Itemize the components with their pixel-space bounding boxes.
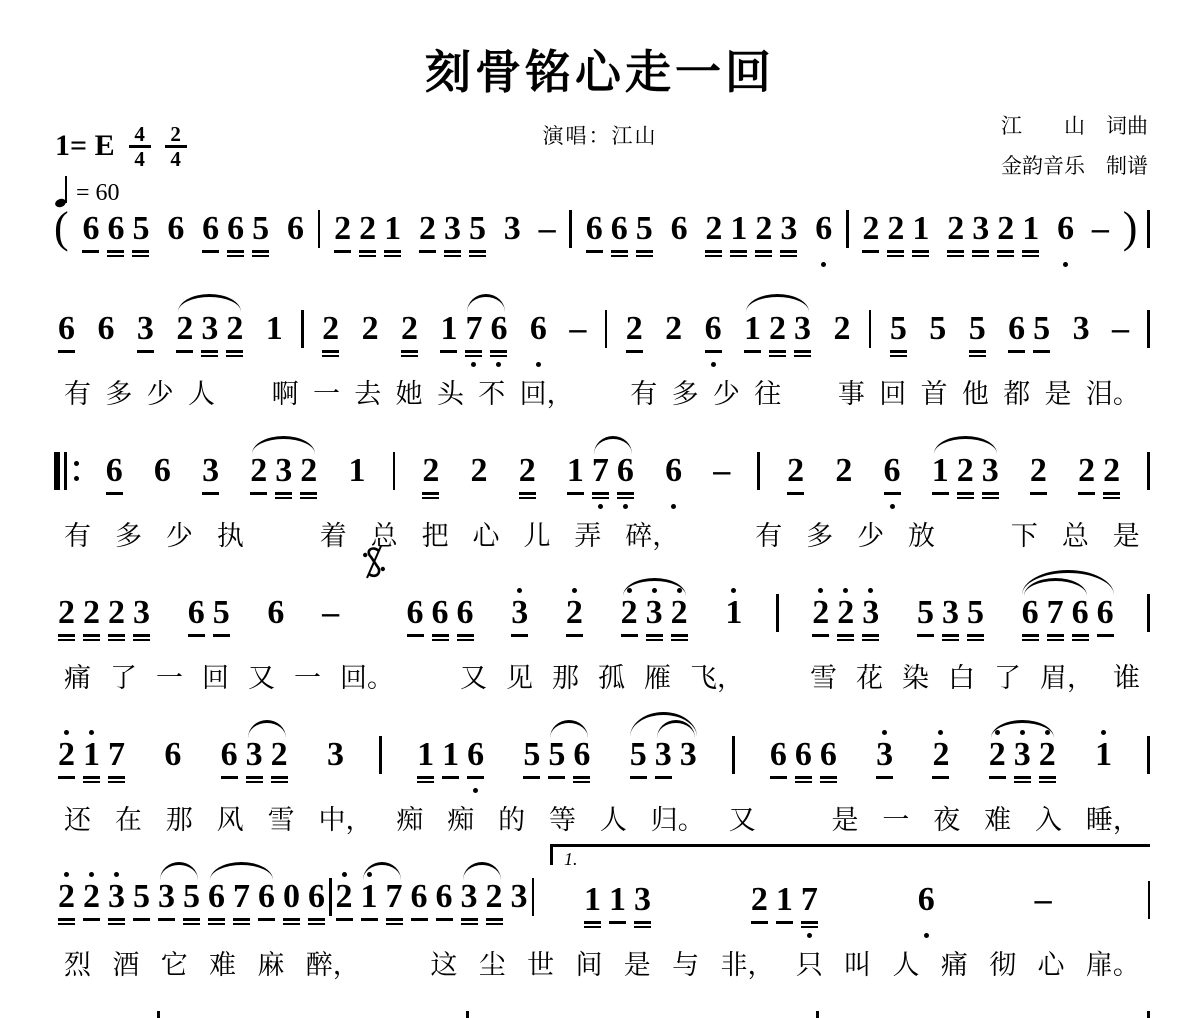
octave-dot-below-slot	[1022, 260, 1039, 269]
note-3: 3	[872, 728, 897, 795]
underline-slot	[611, 247, 628, 260]
lyric-syllable: 多	[672, 377, 699, 411]
note-digit: 2	[422, 453, 439, 489]
octave-dot	[623, 504, 628, 509]
octave-dot-below-slot	[362, 360, 379, 369]
note-digit: 6	[665, 453, 682, 489]
rhythm-underline	[997, 255, 1014, 258]
tick-mark	[157, 1011, 160, 1018]
note-1: 1	[1091, 728, 1116, 795]
rhythm-underline	[812, 634, 829, 637]
lyric-syllable: 去	[354, 377, 381, 411]
lyric-syllable: 了	[994, 661, 1021, 695]
beam-group: 535	[913, 586, 988, 653]
note-digit: 7	[465, 311, 482, 347]
note-digit: 6	[202, 211, 219, 247]
note-digit: 3	[876, 737, 893, 773]
note-3: 3	[104, 870, 129, 937]
key-meter-row: 1= E 4 4 2 4	[55, 124, 187, 169]
rhythm-underline	[621, 634, 638, 637]
octave-dot-below-slot	[626, 360, 643, 369]
note-digit: 2	[1039, 737, 1056, 773]
note-digit: 1	[609, 882, 626, 918]
underline-slot	[887, 247, 904, 260]
note-6: 6	[428, 586, 453, 653]
note-digit: 7	[1047, 595, 1064, 631]
note-2: 2	[562, 586, 587, 653]
rhythm-underline	[671, 634, 688, 637]
rhythm-underline	[523, 776, 540, 779]
rhythm-underline	[108, 634, 125, 637]
note-6: 6	[569, 728, 594, 795]
rhythm-underline	[83, 781, 100, 784]
note-2: 2	[993, 202, 1018, 269]
octave-dot-below-slot	[1047, 644, 1064, 653]
octave-dot-below-slot	[1103, 502, 1120, 511]
note-3: 3	[790, 302, 815, 369]
lyric-syllable: 烈	[64, 948, 91, 982]
rhythm-underline	[444, 250, 461, 253]
lyric-gap	[413, 661, 441, 695]
underline-slot	[226, 347, 243, 360]
note-digit: 5	[132, 211, 149, 247]
slur-group: 32	[457, 870, 507, 937]
rhythm-underline	[1047, 639, 1064, 642]
notes-row: (665666562212353–66562123622123216–)	[54, 202, 1150, 269]
lyric-syllable: 碎，	[625, 519, 679, 553]
note-digit: 3	[655, 737, 672, 773]
lyric-syllable: 多	[806, 519, 833, 553]
note-2: 2	[833, 586, 858, 653]
note-5: 5	[128, 202, 153, 269]
octave-dot-above-slot	[465, 302, 482, 311]
underline-slot	[158, 915, 175, 928]
rhythm-underline	[108, 923, 125, 926]
rhythm-underline	[769, 350, 786, 353]
octave-dot-below-slot	[523, 786, 540, 795]
underline-slot	[776, 918, 793, 931]
note-3: 3	[242, 728, 267, 795]
octave-dot-below-slot	[967, 644, 984, 653]
octave-dot	[367, 872, 372, 877]
note-digit: 6	[432, 595, 449, 631]
barline	[757, 452, 760, 490]
lyric-syllable: 醉，	[306, 948, 360, 982]
lyric-syllable: 难	[209, 948, 236, 982]
note-dash: –	[1088, 202, 1113, 269]
rhythm-underline	[611, 250, 628, 253]
lyric-syllable: 那	[552, 661, 579, 695]
octave-dot-below-slot	[942, 644, 959, 653]
rhythm-underline	[947, 255, 964, 258]
rhythm-underline	[444, 255, 461, 258]
lyric-syllable: 人	[893, 948, 920, 982]
underline-slot	[1057, 247, 1074, 260]
beam-group: 666	[403, 586, 478, 653]
lyric-syllable: 是	[831, 803, 858, 837]
note-2: 2	[661, 302, 686, 369]
barline	[1147, 210, 1150, 248]
beam-group: 176	[563, 444, 638, 511]
underline-slot	[308, 915, 325, 928]
lyric-syllable: 她	[396, 377, 423, 411]
octave-dot-below-slot	[252, 260, 269, 269]
note-2: 2	[296, 444, 321, 511]
note-digit: 6	[258, 879, 275, 915]
lyric-syllable: 有	[64, 519, 91, 553]
note-digit: 5	[969, 311, 986, 347]
rhythm-underline	[1097, 634, 1114, 637]
note-digit: 5	[548, 737, 565, 773]
octave-dot	[731, 588, 736, 593]
rhythm-underline	[201, 350, 218, 353]
rhythm-underline	[275, 497, 292, 500]
rhythm-underline	[1033, 350, 1050, 353]
note-digit: 5	[636, 211, 653, 247]
octave-dot-above-slot	[573, 728, 590, 737]
note-6: 6	[204, 870, 229, 937]
lyric-syllable: 痴	[447, 803, 474, 837]
octave-dot-below-slot	[548, 786, 565, 795]
rhythm-underline	[226, 355, 243, 358]
rhythm-underline	[183, 923, 200, 926]
octave-dot-above-slot	[361, 870, 378, 879]
lyric-syllable: 放	[908, 519, 935, 553]
note-digit: –	[713, 453, 730, 489]
slur-group: 232	[246, 444, 321, 511]
underline-slot	[432, 631, 449, 644]
octave-dot-below-slot	[411, 928, 428, 937]
lyric-syllable: 少	[166, 519, 193, 553]
note-3: 3	[858, 586, 883, 653]
octave-dot-above-slot	[486, 870, 503, 879]
octave-dot-above-slot	[226, 302, 243, 311]
rhythm-underline	[566, 634, 583, 637]
lyric-gap	[381, 948, 409, 982]
octave-dot-below-slot	[504, 260, 521, 269]
underline-slot	[202, 247, 219, 260]
note-digit: 2	[176, 311, 193, 347]
underline-slot	[132, 247, 149, 260]
underline-slot	[287, 247, 304, 260]
lyric-syllable: 雪	[268, 803, 295, 837]
note-digit: 6	[227, 211, 244, 247]
underline-slot	[621, 631, 638, 644]
underline-slot	[1022, 631, 1039, 644]
note-2: 2	[953, 444, 978, 511]
note-digit: 2	[1078, 453, 1095, 489]
underline-slot	[835, 489, 852, 502]
note-digit: 6	[188, 595, 205, 631]
lyric-syllable: 等	[549, 803, 576, 837]
octave-dot-below-slot	[1033, 360, 1050, 369]
rhythm-underline	[969, 355, 986, 358]
rhythm-underline	[490, 350, 507, 353]
rhythm-underline	[1103, 492, 1120, 495]
rhythm-underline	[567, 492, 584, 495]
octave-dot-below-slot	[1073, 360, 1090, 369]
octave-dot-below-slot	[566, 644, 583, 653]
lyric-syllable: 着	[320, 519, 347, 553]
rhythm-underline	[417, 776, 434, 779]
note-digit: 2	[812, 595, 829, 631]
octave-dot-below-slot	[1008, 360, 1025, 369]
note-digit: 6	[1022, 595, 1039, 631]
octave-dot-above-slot	[250, 444, 267, 453]
note-1: 1	[438, 728, 463, 795]
octave-dot-below-slot	[137, 360, 154, 369]
note-2: 2	[765, 302, 790, 369]
lyric-syllable: 雪	[810, 661, 837, 695]
key-signature: 1= E	[55, 129, 115, 163]
barline	[569, 210, 572, 248]
rhythm-underline	[108, 918, 125, 921]
note-dash: –	[535, 202, 560, 269]
octave-dot-below-slot	[58, 644, 75, 653]
note-1: 1	[380, 202, 405, 269]
rhythm-underline	[795, 781, 812, 784]
lyric-syllable: 心	[473, 519, 500, 553]
note-digit: 2	[665, 311, 682, 347]
note-digit: 3	[137, 311, 154, 347]
note-digit: 2	[887, 211, 904, 247]
lyric-syllable: 有	[630, 377, 657, 411]
underline-slot	[471, 489, 488, 502]
note-digit: 6	[436, 879, 453, 915]
note-digit: 3	[444, 211, 461, 247]
note-3: 3	[651, 728, 676, 795]
notation-line-6: 22353567606217663231.1132176–烈酒它难麻醉，这尘世间…	[54, 870, 1150, 982]
barline	[301, 310, 304, 348]
note-1: 1	[772, 873, 797, 940]
lyric-syllable: 一	[882, 803, 909, 837]
rhythm-underline	[82, 250, 99, 253]
rhythm-underline	[465, 355, 482, 358]
octave-dot-below-slot	[713, 502, 730, 511]
note-digit: 6	[586, 211, 603, 247]
underline-slot	[266, 347, 283, 360]
rhythm-underline	[183, 918, 200, 921]
octave-dot-below-slot	[467, 786, 484, 795]
note-6: 6	[880, 444, 905, 511]
octave-dot-below-slot	[97, 360, 114, 369]
rhythm-underline	[469, 255, 486, 258]
underline-slot	[530, 347, 547, 360]
octave-dot-below-slot	[436, 928, 453, 937]
note-digit: 5	[252, 211, 269, 247]
rhythm-underline	[887, 250, 904, 253]
underline-slot	[705, 247, 722, 260]
barline	[846, 210, 849, 248]
underline-slot	[566, 631, 583, 644]
note-digit: 6	[490, 311, 507, 347]
notation-line-3: 66323212221766–226123222有多少执着总把心儿弄碎，有多少放…	[54, 444, 1150, 553]
rhythm-underline	[227, 250, 244, 253]
octave-dot-below-slot	[795, 786, 812, 795]
octave-dot-below-slot	[794, 360, 811, 369]
note-5: 5	[925, 302, 950, 369]
note-1: 1	[563, 444, 588, 511]
lyric-syllable: 少	[713, 377, 740, 411]
octave-dot-below-slot	[208, 928, 225, 937]
note-digit: 3	[511, 595, 528, 631]
rhythm-underline	[932, 492, 949, 495]
lyric-syllable: 下	[1011, 519, 1038, 553]
note-digit: 1	[442, 737, 459, 773]
lyric-syllable: 还	[64, 803, 91, 837]
octave-dot-above-slot	[183, 870, 200, 879]
note-digit: 1	[1022, 211, 1039, 247]
underline-slot	[221, 773, 238, 786]
octave-dot-above-slot	[989, 728, 1006, 737]
octave-dot-above-slot	[794, 302, 811, 311]
rhythm-underline	[801, 921, 818, 924]
lyric-syllable: 往	[754, 377, 781, 411]
beam-group: 632	[432, 870, 507, 937]
rhythm-underline	[432, 639, 449, 642]
underline-slot	[461, 915, 478, 928]
lyrics-row: 有多少执着总把心儿弄碎，有多少放下总是	[54, 519, 1150, 553]
note-5: 5	[465, 202, 490, 269]
lyric-syllable: 人	[600, 803, 627, 837]
time-signature-1: 4 4	[129, 124, 151, 169]
note-digit: 6	[467, 737, 484, 773]
note-digit: 3	[780, 211, 797, 247]
note-digit: 3	[202, 453, 219, 489]
lyric-syllable: 执	[217, 519, 244, 553]
octave-dot-below-slot	[422, 502, 439, 511]
octave-dot-below-slot	[665, 360, 682, 369]
rhythm-underline	[226, 350, 243, 353]
note-5: 5	[544, 728, 569, 795]
rhythm-underline	[982, 492, 999, 495]
rhythm-underline	[917, 634, 934, 637]
underline-slot	[82, 247, 99, 260]
note-6: 6	[432, 870, 457, 937]
note-6: 6	[816, 728, 841, 795]
underline-slot	[617, 489, 634, 502]
rhythm-underline	[1103, 497, 1120, 500]
note-digit: 3	[794, 311, 811, 347]
octave-dot-below-slot	[1022, 644, 1039, 653]
note-digit: 2	[705, 211, 722, 247]
note-5: 5	[248, 202, 273, 269]
note-digit: –	[322, 595, 339, 631]
note-digit: 2	[947, 211, 964, 247]
beam-group: 06	[279, 870, 329, 937]
note-digit: 6	[617, 453, 634, 489]
note-dash: –	[1108, 302, 1133, 369]
underline-slot	[725, 631, 742, 644]
note-6: 6	[1018, 586, 1043, 653]
note-digit: 6	[106, 453, 123, 489]
underline-slot	[465, 347, 482, 360]
note-7: 7	[382, 870, 407, 937]
octave-dot-above-slot	[671, 586, 688, 595]
note-digit: 2	[566, 595, 583, 631]
octave-dot-below-slot	[671, 260, 688, 269]
rhythm-underline	[271, 776, 288, 779]
note-6: 6	[403, 586, 428, 653]
octave-dot-below-slot	[787, 502, 804, 511]
octave-dot	[677, 588, 682, 593]
note-6: 6	[766, 728, 791, 795]
rhythm-underline	[58, 639, 75, 642]
rhythm-underline	[592, 492, 609, 495]
note-digit: –	[1092, 211, 1109, 247]
rhythm-underline	[283, 918, 300, 921]
rhythm-underline	[83, 918, 100, 921]
underline-slot	[655, 773, 672, 786]
octave-dot-below-slot	[469, 260, 486, 269]
underline-slot	[671, 247, 688, 260]
rhythm-underline	[573, 776, 590, 779]
note-digit: 6	[820, 737, 837, 773]
octave-dot-below-slot	[539, 260, 556, 269]
underline-slot	[275, 489, 292, 502]
barline	[732, 736, 735, 774]
slur-group: 676	[204, 870, 279, 937]
notation-score: (665666562212353–66562123622123216–)6632…	[54, 202, 1150, 1015]
key-signature-block: 1= E 4 4 2 4 = 60	[55, 124, 187, 207]
underline-slot	[1030, 489, 1047, 502]
octave-dot-below-slot	[573, 786, 590, 795]
underline-slot	[705, 347, 722, 360]
rhythm-underline	[252, 255, 269, 258]
note-digit: 2	[1103, 453, 1120, 489]
underline-slot	[1072, 631, 1089, 644]
octave-dot-below-slot	[918, 931, 935, 940]
note-digit: 6	[1072, 595, 1089, 631]
lyric-gap	[703, 519, 731, 553]
note-2: 2	[332, 870, 357, 937]
underline-slot	[997, 247, 1014, 260]
underline-slot	[1073, 347, 1090, 360]
lyric-syllable: 有	[755, 519, 782, 553]
octave-dot-below-slot	[887, 260, 904, 269]
octave-dot-below-slot	[890, 360, 907, 369]
lyric-syllable: 尘	[479, 948, 506, 982]
octave-dot-below-slot	[569, 360, 586, 369]
note-2: 2	[1026, 444, 1051, 511]
underline-slot	[233, 915, 250, 928]
rhythm-underline	[401, 350, 418, 353]
note-2: 2	[883, 202, 908, 269]
octave-dot-below-slot	[932, 502, 949, 511]
note-3: 3	[198, 444, 223, 511]
octave-dot-below-slot	[835, 502, 852, 511]
note-2: 2	[1099, 444, 1124, 511]
slur-group-outer: 6766	[1018, 586, 1118, 653]
octave-dot-below-slot	[511, 928, 528, 937]
underline-slot	[83, 915, 100, 928]
note-digit: 7	[801, 882, 818, 918]
note-digit: 2	[835, 453, 852, 489]
note-2: 2	[808, 586, 833, 653]
note-digit: 1	[348, 453, 365, 489]
lyric-syllable: 一	[294, 661, 321, 695]
note-digit: 7	[386, 879, 403, 915]
rhythm-underline	[755, 255, 772, 258]
underline-slot	[1103, 489, 1120, 502]
note-7: 7	[1043, 586, 1068, 653]
rhythm-underline	[776, 921, 793, 924]
underline-slot	[258, 915, 275, 928]
note-3: 3	[630, 873, 655, 940]
octave-dot-below-slot	[419, 260, 436, 269]
octave-dot-below-slot	[133, 644, 150, 653]
note-digit: 2	[58, 879, 75, 915]
